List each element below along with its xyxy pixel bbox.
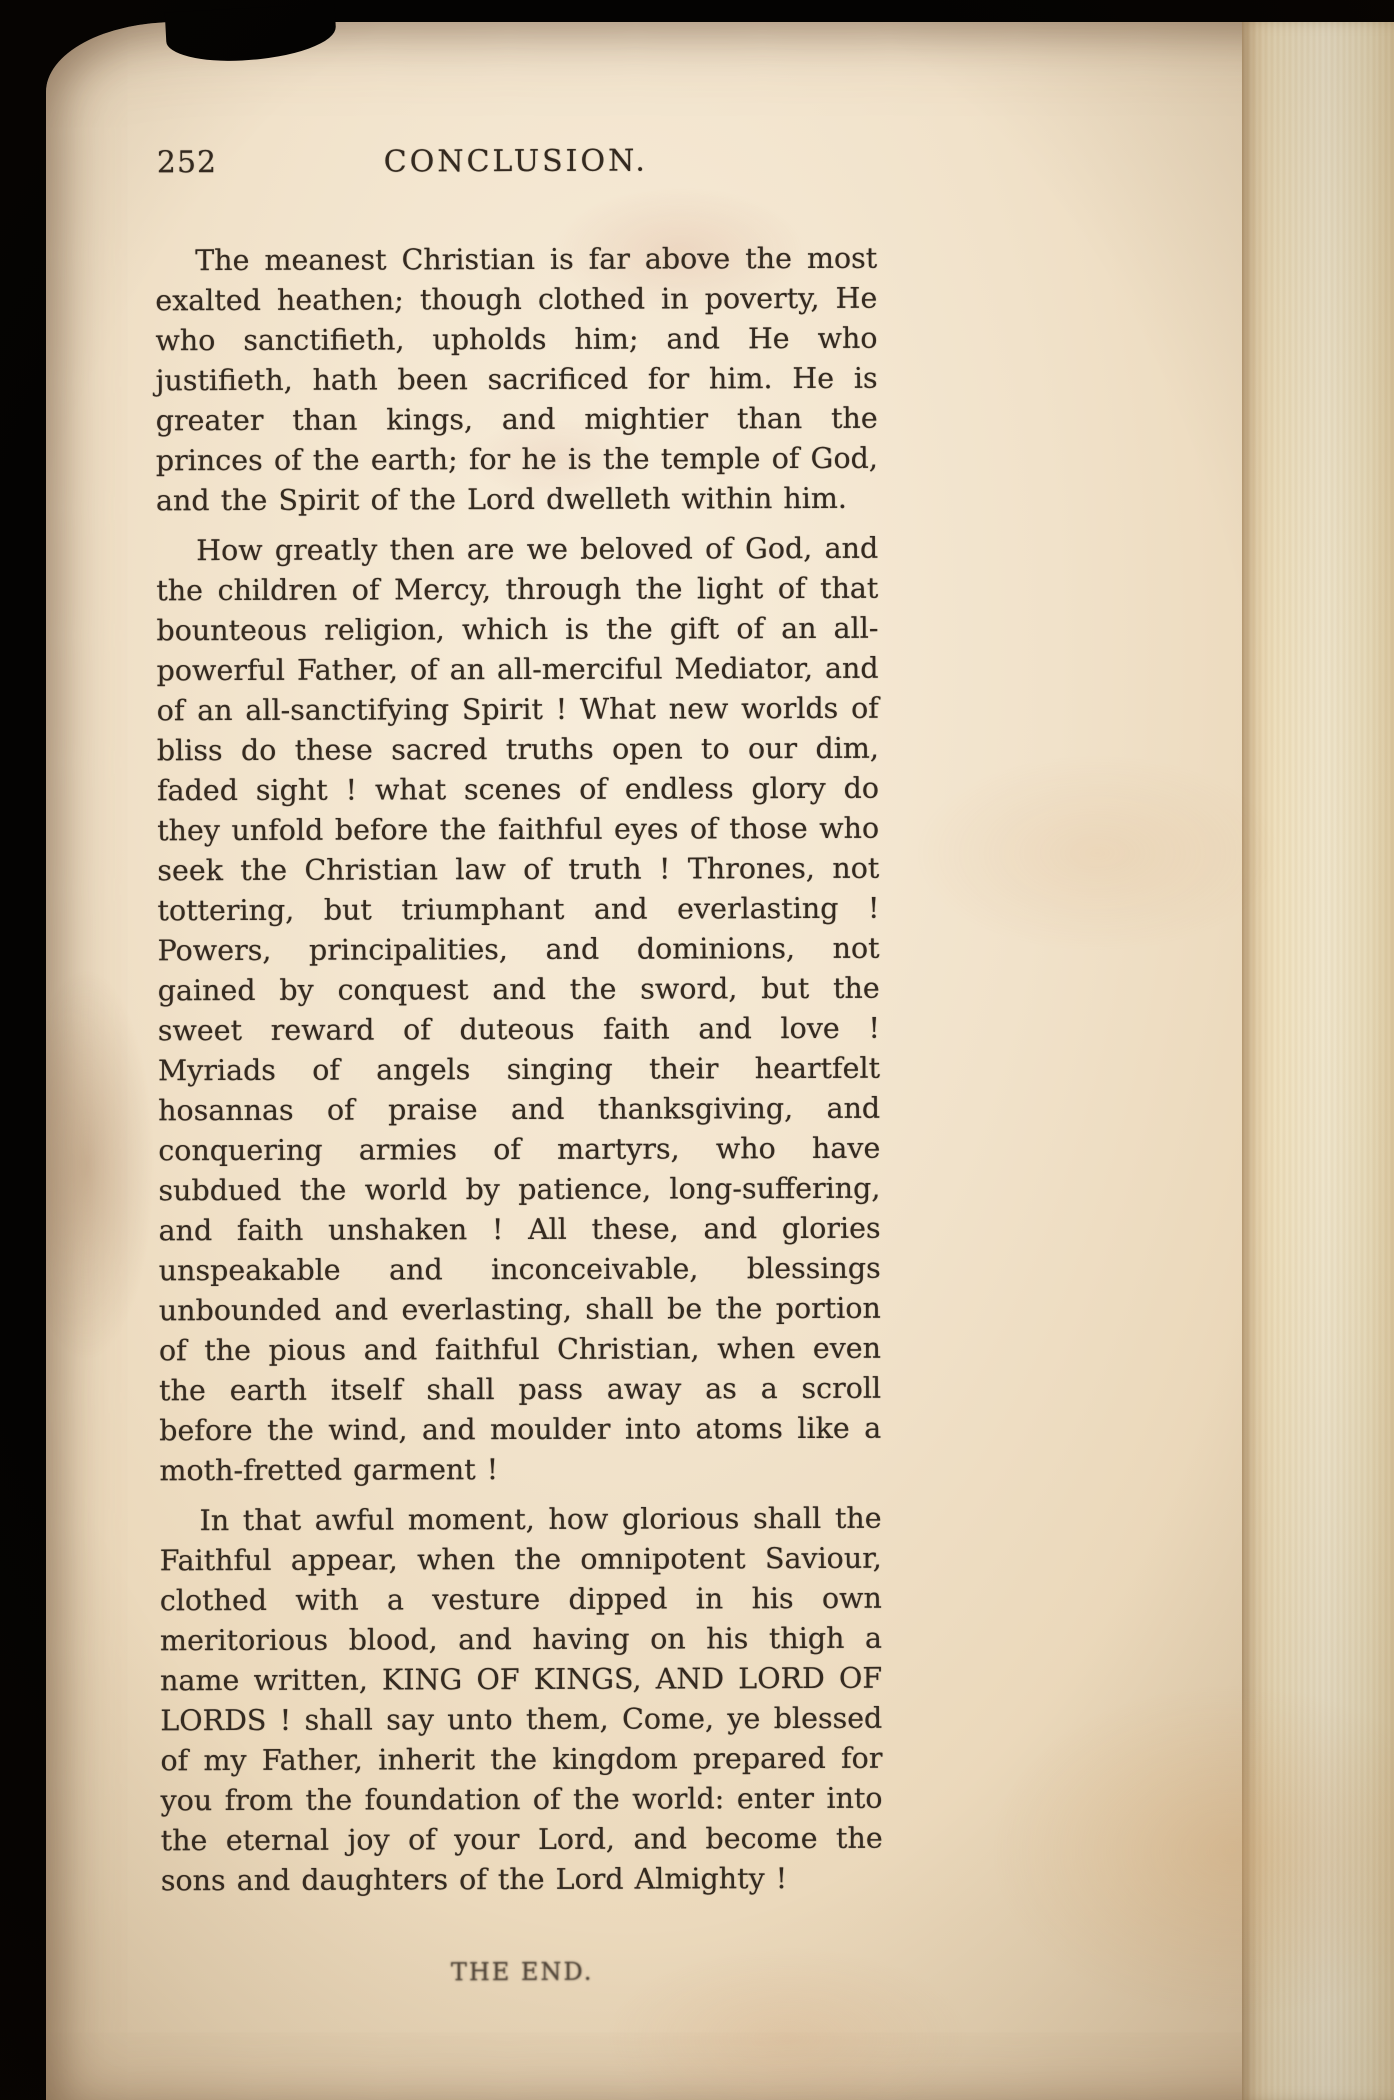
printed-content: 252 CONCLUSION. The meanest Christian is… bbox=[155, 143, 883, 1988]
paragraph-3: In that awful moment, how glorious shall… bbox=[160, 1499, 883, 1902]
page-title: CONCLUSION. bbox=[155, 143, 877, 181]
paragraph-2: How greatly then are we beloved of God, … bbox=[156, 529, 881, 1492]
page-body: The meanest Christian is far above the m… bbox=[155, 239, 883, 1902]
end-marker: THE END. bbox=[161, 1957, 883, 1988]
running-head: 252 CONCLUSION. bbox=[155, 143, 877, 186]
torn-corner bbox=[165, 4, 337, 65]
paragraph-1: The meanest Christian is far above the m… bbox=[155, 239, 878, 522]
page-number: 252 bbox=[157, 145, 217, 180]
book-page: 252 CONCLUSION. The meanest Christian is… bbox=[46, 22, 1394, 2100]
photo-background: 252 CONCLUSION. The meanest Christian is… bbox=[0, 0, 1394, 2100]
book-fore-edge bbox=[1242, 22, 1394, 2100]
